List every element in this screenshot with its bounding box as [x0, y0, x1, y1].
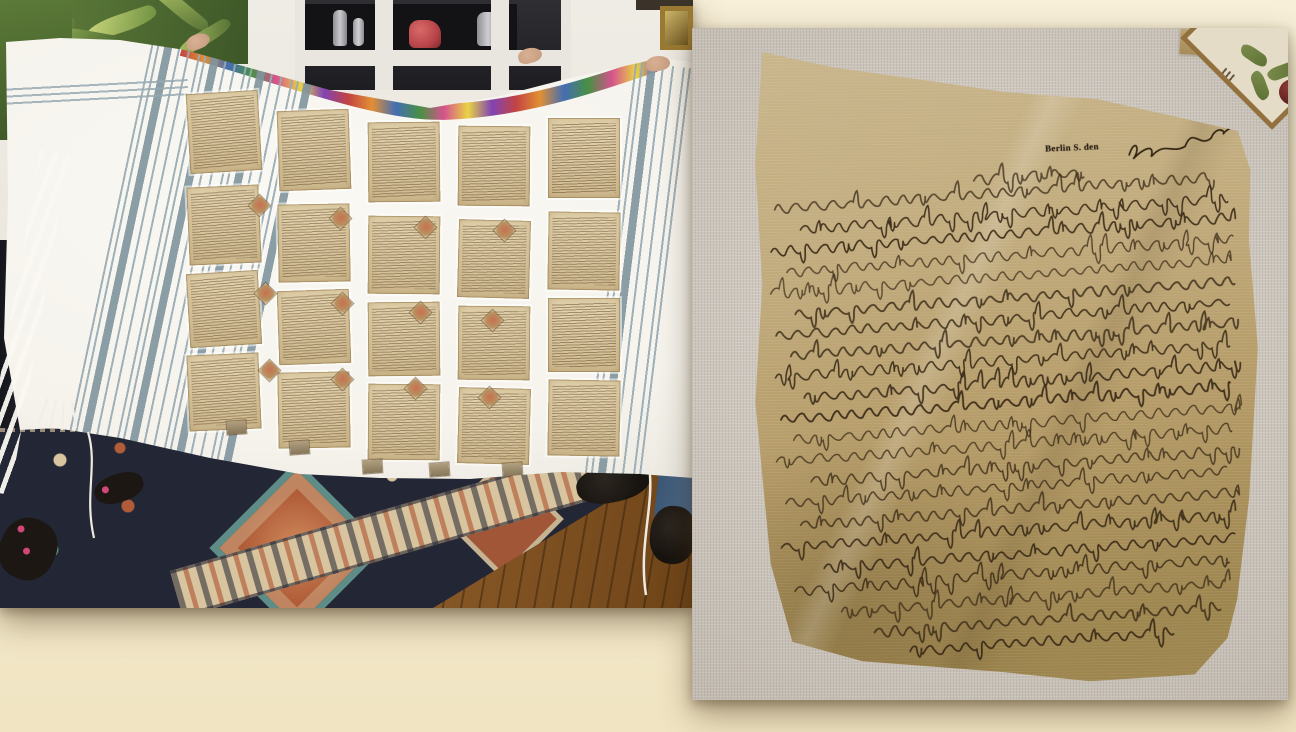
script-line [793, 395, 1243, 452]
silver-pitcher [477, 12, 499, 46]
sideboard [305, 4, 517, 54]
tallit-letter-panel [548, 118, 620, 198]
sandal-pink-accent [22, 546, 31, 555]
tallit-letter-panel [547, 211, 620, 290]
tallit-letter-panel [458, 126, 531, 207]
tallit-letter-panel [547, 379, 620, 456]
handwritten-letter: Berlin S. den [744, 40, 1265, 689]
script-line [770, 251, 1232, 305]
patch-leaf [1238, 42, 1270, 70]
photo-letter-closeup: Berlin S. den [692, 28, 1288, 700]
sandal-pink-accent [16, 524, 25, 533]
hem-stamp [290, 440, 310, 454]
letter-script-svg [744, 40, 1265, 689]
silver-vase-1 [333, 10, 347, 46]
slide-background: Berlin S. den [0, 0, 1296, 732]
script-line [774, 330, 1230, 389]
glass-door [295, 0, 571, 90]
hem-stamp [430, 462, 450, 476]
tallit-letter-panel [186, 184, 261, 265]
tallit-letter-panel [186, 352, 261, 431]
script-line [785, 463, 1228, 515]
script-line [824, 533, 1236, 580]
tallit [0, 38, 693, 488]
script-line [776, 422, 1233, 468]
sandal-pink-accent [101, 485, 110, 494]
letter-grid [0, 38, 693, 488]
script-line [790, 310, 1239, 363]
script-line [780, 377, 1231, 423]
hem-stamp [503, 462, 523, 476]
patch-fruit [1279, 79, 1288, 105]
picture-frame [660, 6, 693, 50]
script-line [810, 445, 1240, 493]
patch-leaf [1266, 60, 1288, 82]
tallit-letter-panel [186, 270, 262, 348]
photo-tallit-room [0, 0, 693, 608]
tallit-letter-panel [277, 109, 352, 191]
silver-vase-2 [353, 18, 364, 46]
hem-stamp [363, 459, 383, 473]
script-line [780, 500, 1236, 560]
tallit-letter-panel [548, 298, 620, 372]
tallit-letter-panel [368, 122, 441, 203]
tallit-letter-panel [368, 384, 441, 461]
handwritten-date-flourish [1129, 128, 1238, 159]
script-line [786, 229, 1234, 284]
tallit-letter-panel [186, 90, 263, 174]
red-sculpture [409, 20, 441, 48]
hem-stamp [227, 420, 247, 434]
